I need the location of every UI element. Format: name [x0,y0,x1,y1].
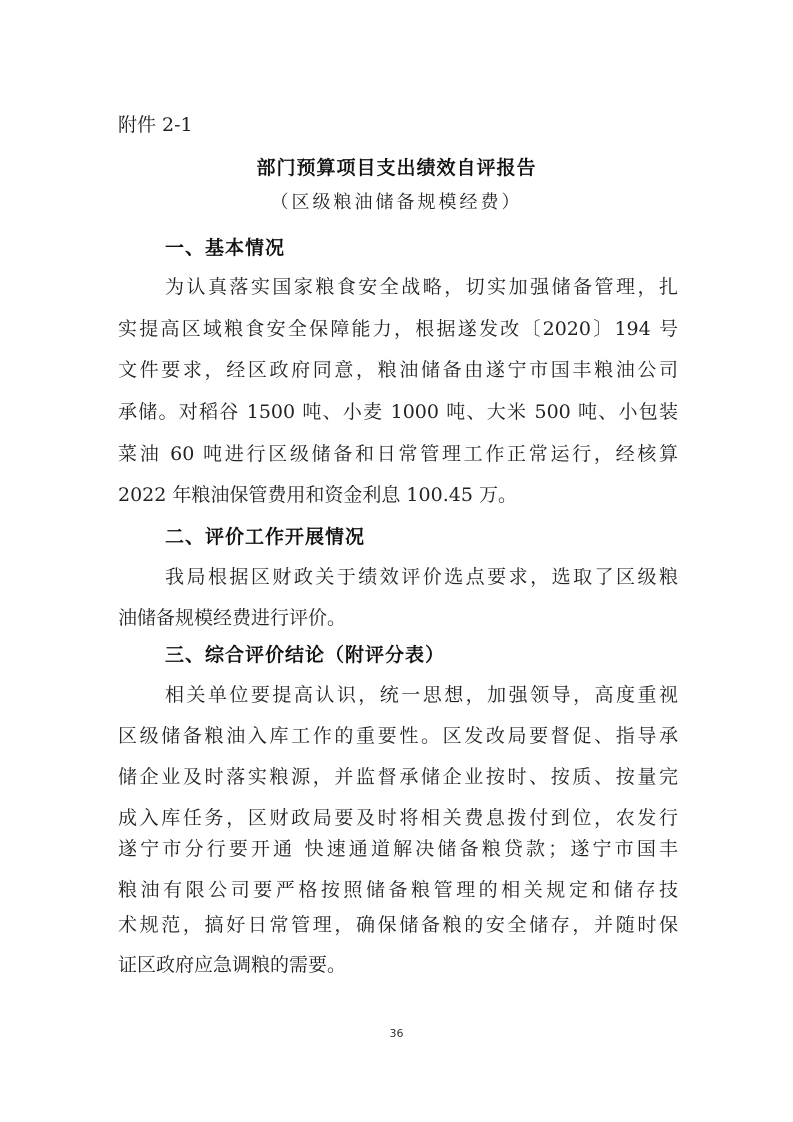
paragraph-line: 我局根据区财政关于绩效评价选点要求，选取了区级粮 [165,562,678,589]
section-heading-conclusion: 三、综合评价结论（附评分表） [165,640,445,667]
attachment-label: 附件 2-1 [118,110,193,137]
paragraph-line: 实提高区域粮食安全保障能力，根据遂发改〔2020〕194 号 [118,314,678,341]
document-title: 部门预算项目支出绩效自评报告 [0,153,793,180]
document-page: 附件 2-1 部门预算项目支出绩效自评报告 （区级粮油储备规模经费） 一、基本情… [0,0,793,1122]
paragraph-line: 为认真落实国家粮食安全战略，切实加强储备管理，扎 [165,272,678,299]
paragraph-line: 粮油有限公司要严格按照储备粮管理的相关规定和储存技 [118,875,678,902]
paragraph-line: 相关单位要提高认识，统一思想，加强领导，高度重视 [165,680,678,707]
paragraph-line: 油储备规模经费进行评价。 [118,603,678,630]
paragraph-line: 储企业及时落实粮源，并监督承储企业按时、按质、按量完 [118,762,678,789]
page-number: 36 [0,1027,793,1040]
paragraph-line: 文件要求，经区政府同意，粮油储备由遂宁市国丰粮油公司 [118,355,678,382]
paragraph-line: 术规范，搞好日常管理，确保储备粮的安全储存，并随时保 [118,910,678,937]
paragraph-line: 承储。对稻谷 1500 吨、小麦 1000 吨、大米 500 吨、小包装 [118,397,678,424]
paragraph-line: 2022 年粮油保管费用和资金利息 100.45 万。 [118,480,678,507]
paragraph-line: 区级储备粮油入库工作的重要性。区发改局要督促、指导承 [118,721,678,748]
document-subtitle: （区级粮油储备规模经费） [0,188,793,214]
paragraph-line: 证区政府应急调粮的需要。 [118,950,678,977]
paragraph-line: 菜油 60 吨进行区级储备和日常管理工作正常运行，经核算 [118,439,678,466]
section-heading-evaluation-work: 二、评价工作开展情况 [165,522,365,549]
paragraph-line: 成入库任务，区财政局要及时将相关费息拨付到位，农发行 [118,803,678,830]
section-heading-basic-info: 一、基本情况 [165,233,285,260]
paragraph-line: 遂宁市分行要开通 快速通道解决储备粮贷款；遂宁市国丰 [118,834,678,861]
